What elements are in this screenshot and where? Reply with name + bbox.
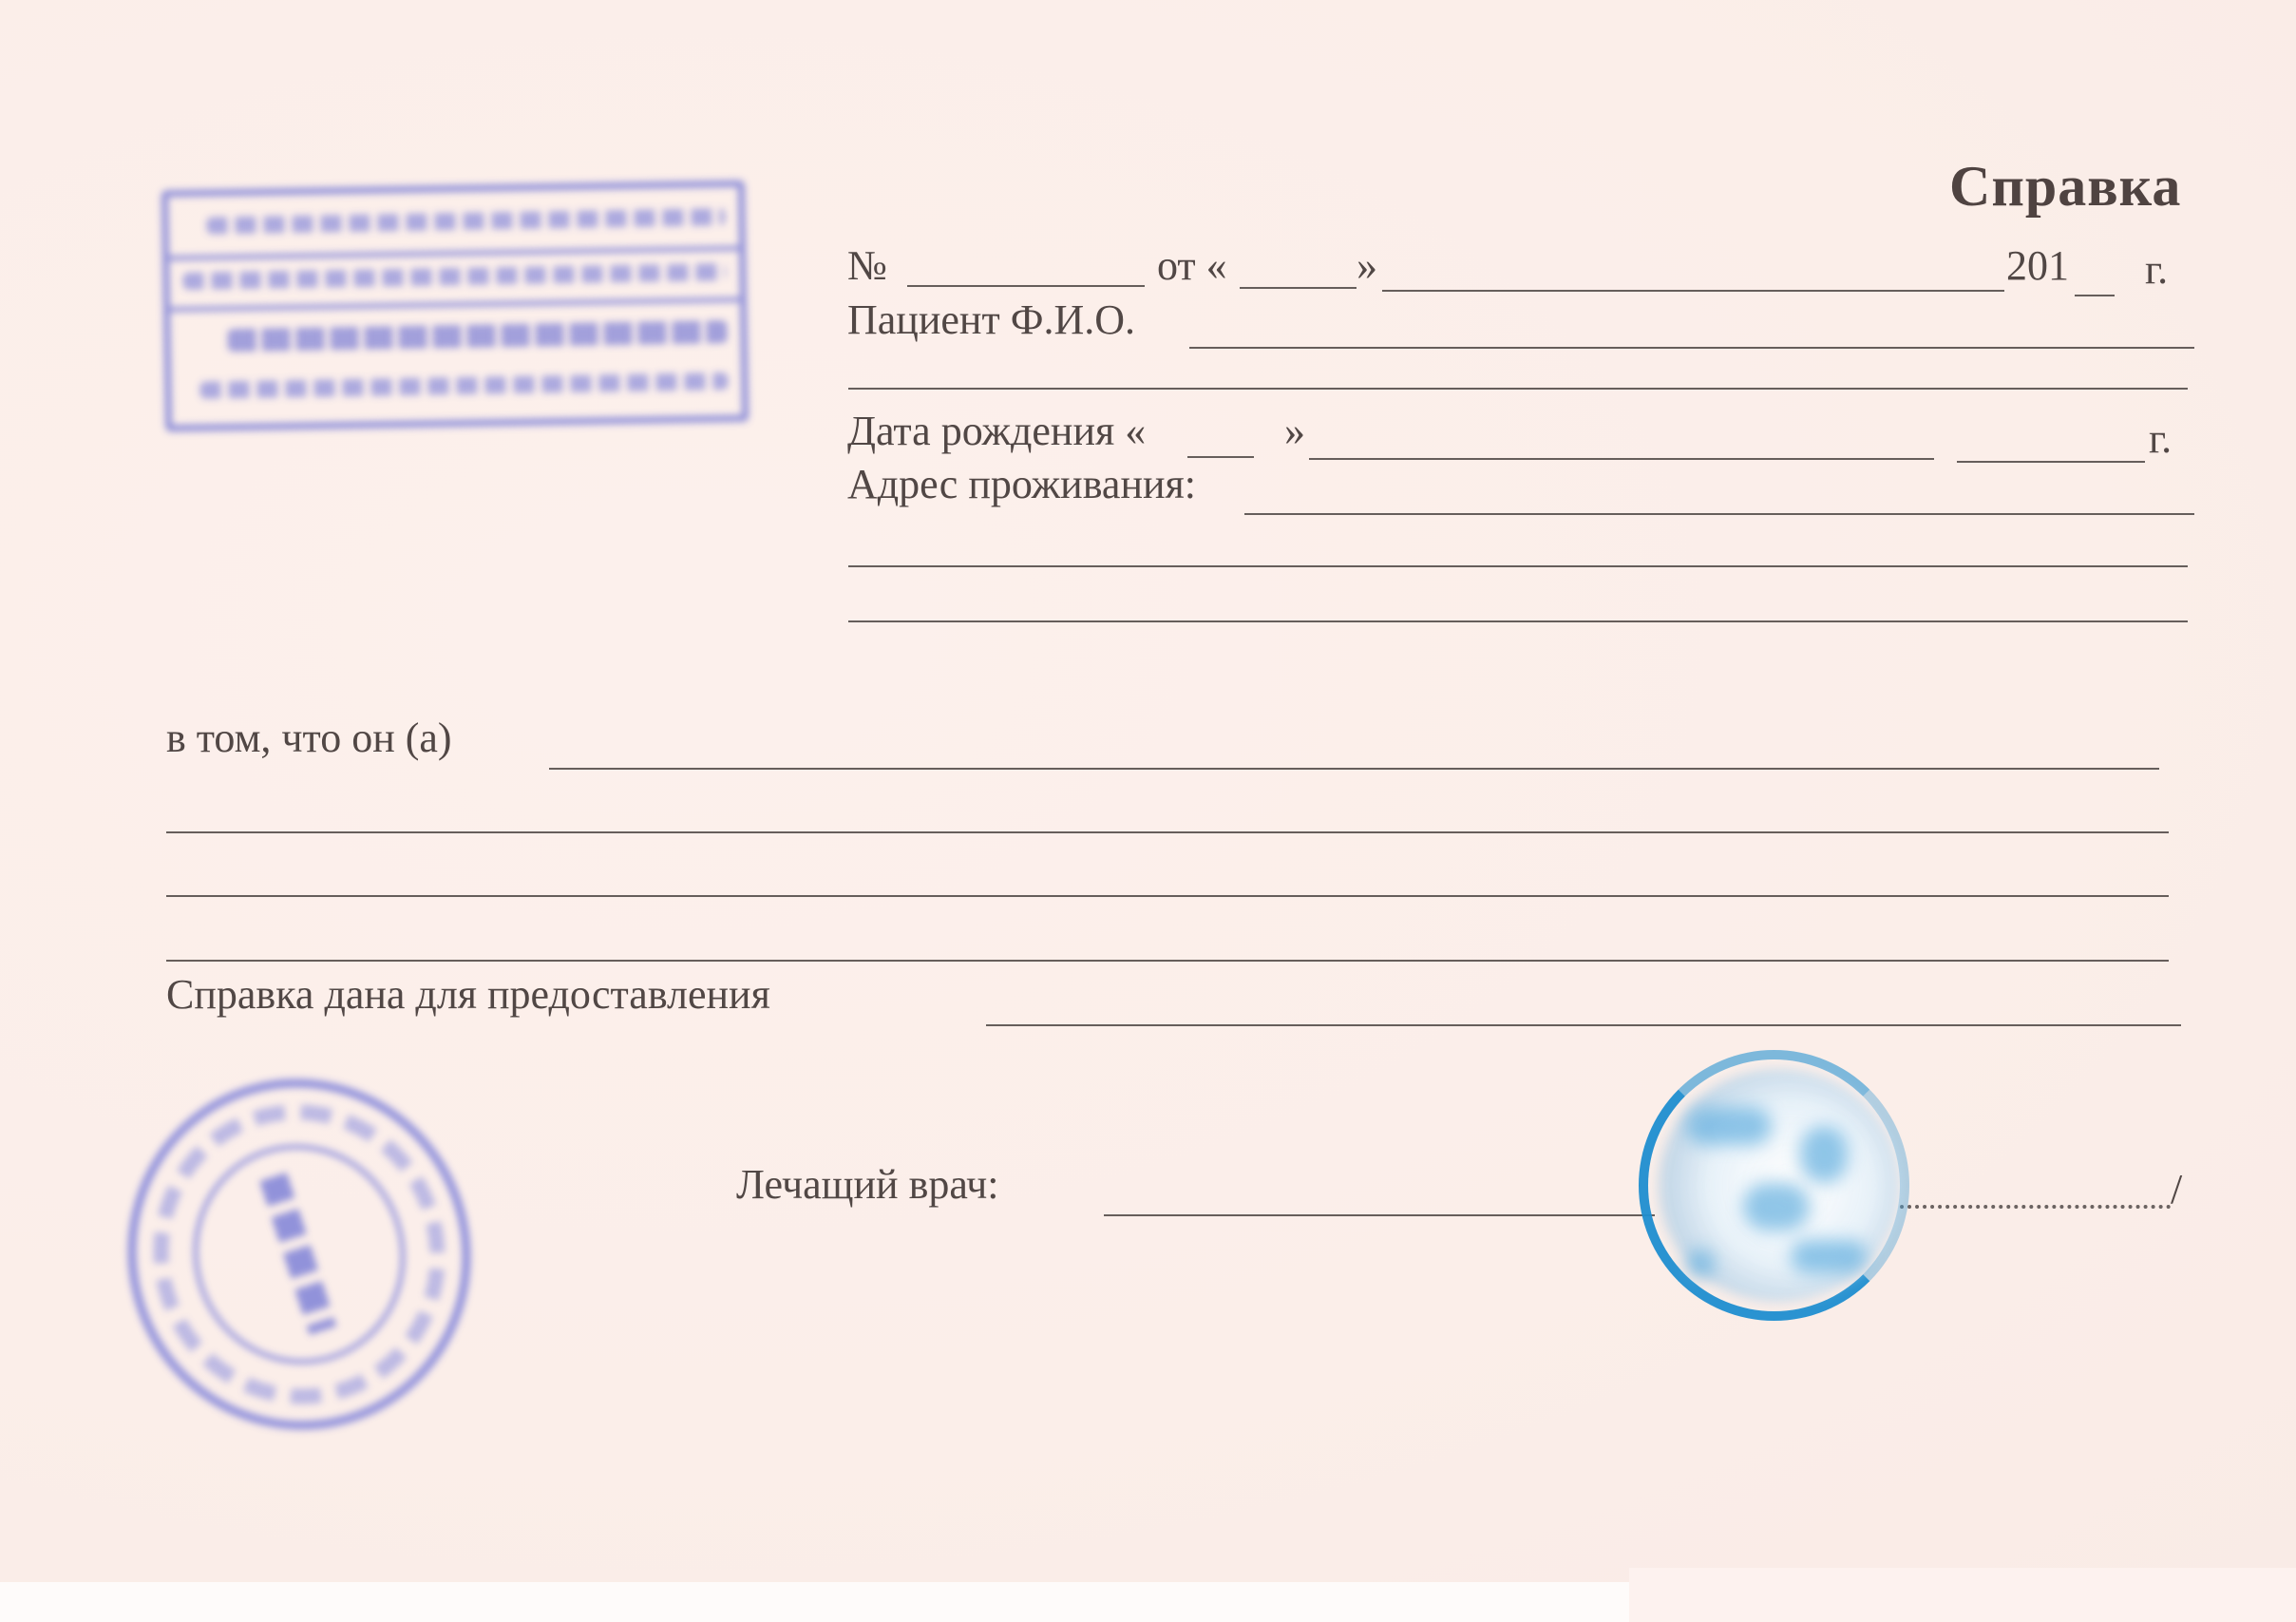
patient-name-field-2[interactable]: [848, 388, 2188, 390]
purpose-field[interactable]: [986, 1024, 2181, 1026]
doctor-label: Лечащий врач:: [736, 1164, 999, 1206]
date-year-field[interactable]: [2075, 295, 2115, 296]
patient-name-field[interactable]: [1189, 347, 2194, 349]
address-field[interactable]: [1244, 513, 2194, 515]
statement-field-2[interactable]: [166, 831, 2169, 833]
statement-field-3[interactable]: [166, 895, 2169, 897]
address-field-3[interactable]: [848, 620, 2188, 622]
birth-month-field[interactable]: [1309, 458, 1934, 460]
statement-label: в том, что он (а): [166, 717, 452, 759]
birth-year-field[interactable]: [1957, 461, 2145, 463]
purpose-label: Справка дана для предоставления: [166, 974, 770, 1016]
doctor-name-field[interactable]: [1900, 1205, 2171, 1209]
birth-year-suffix: г.: [2149, 418, 2172, 460]
quote-close: »: [1357, 245, 1377, 287]
document-title: Справка: [1949, 154, 2181, 219]
from-label: от «: [1157, 245, 1227, 287]
statement-field[interactable]: [549, 768, 2159, 770]
number-field[interactable]: [907, 285, 1145, 287]
scan-edge-right: [1629, 1568, 2296, 1622]
number-label: №: [847, 245, 887, 287]
address-field-2[interactable]: [848, 565, 2188, 567]
scan-edge: [0, 1582, 1629, 1622]
statement-field-4[interactable]: [166, 960, 2169, 962]
year-suffix: г.: [2145, 249, 2168, 291]
doctor-stamp: [1639, 1050, 1909, 1321]
signature-slash: /: [2171, 1169, 2182, 1211]
rectangular-stamp: [161, 181, 749, 432]
address-label: Адрес проживания:: [847, 464, 1196, 506]
patient-label: Пациент Ф.И.О.: [847, 299, 1135, 341]
birth-day-field[interactable]: [1187, 456, 1254, 458]
date-day-field[interactable]: [1240, 287, 1357, 289]
birth-quote-close: »: [1284, 410, 1305, 452]
doctor-signature-field[interactable]: [1104, 1214, 1655, 1216]
year-prefix: 201: [2006, 245, 2069, 287]
birth-label: Дата рождения «: [847, 410, 1146, 452]
date-month-field[interactable]: [1382, 290, 2004, 292]
